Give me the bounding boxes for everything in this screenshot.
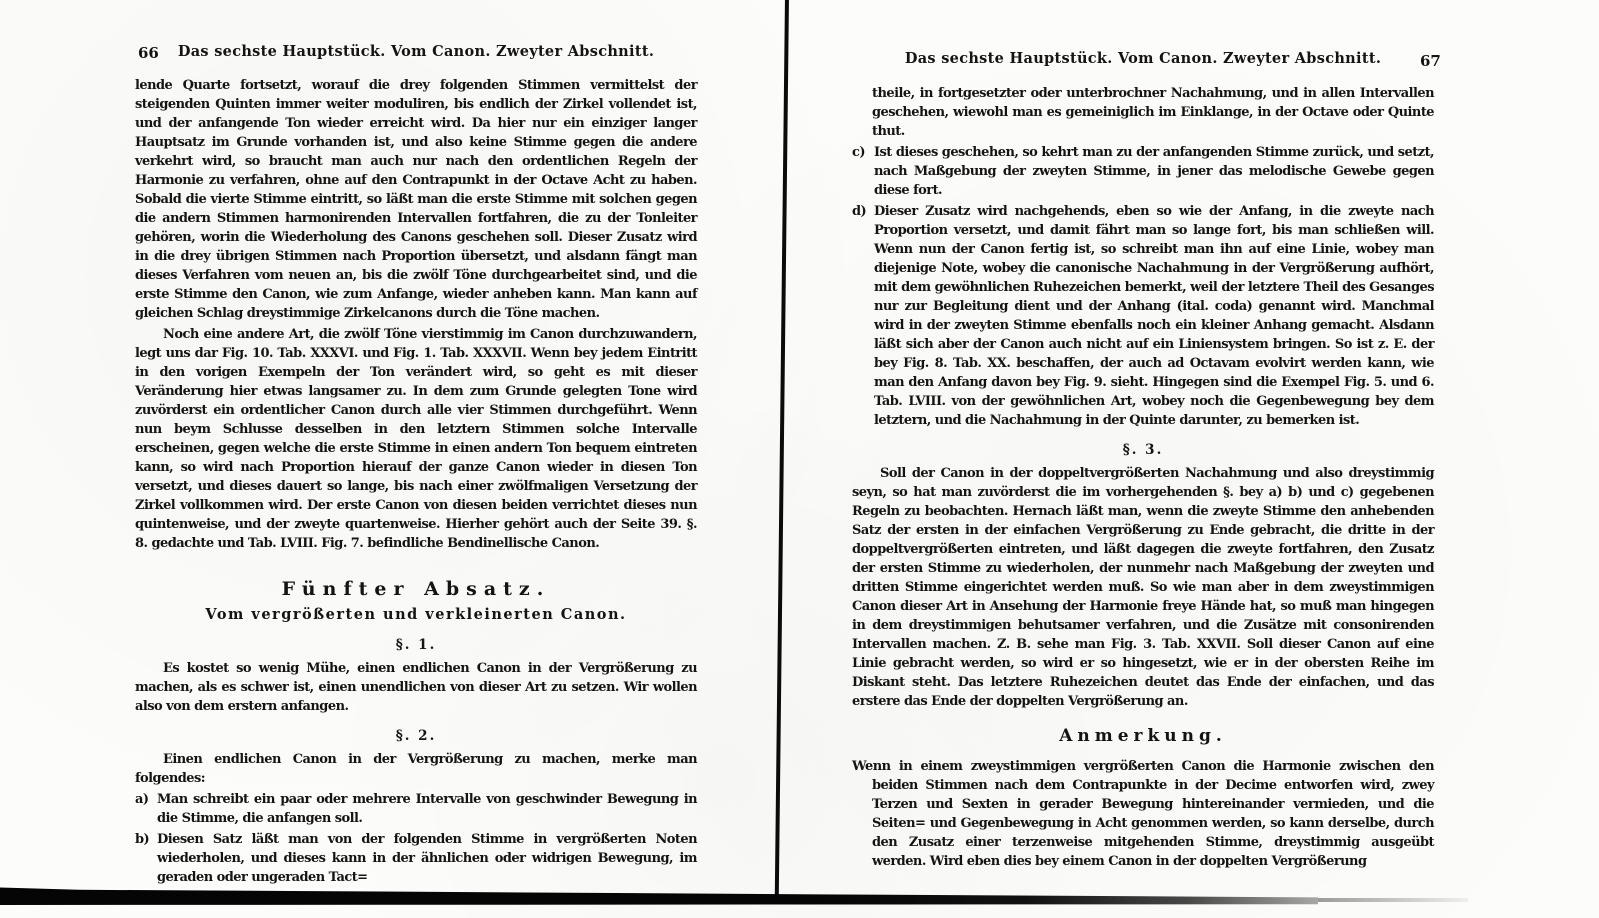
paragraph: Noch eine andere Art, die zwölf Töne vie… <box>135 325 697 553</box>
list-item: a) Man schreibt ein paar oder mehrere In… <box>135 790 697 828</box>
list-item: d) Dieser Zusatz wird nachgehends, eben … <box>852 202 1434 430</box>
list-item-marker: d) <box>852 202 874 430</box>
book-scan: 66 Das sechste Hauptstück. Vom Canon. Zw… <box>0 0 1599 918</box>
right-running-header: Das sechste Hauptstück. Vom Canon. Zweyt… <box>852 50 1434 67</box>
section-mark: §. 3. <box>852 441 1434 459</box>
section-subheading: Vom vergrößerten und verkleinerten Canon… <box>135 605 697 625</box>
section-mark: §. 2. <box>135 727 697 745</box>
list-item: b) Diesen Satz läßt man von der folgende… <box>135 830 697 887</box>
paragraph: Einen endlichen Canon in der Vergrößerun… <box>135 750 697 788</box>
paragraph: Es kostet so wenig Mühe, einen endlichen… <box>135 659 697 716</box>
right-page-text-column: theile, in fortgesetzter oder unterbroch… <box>852 84 1434 873</box>
list-item-text: Ist dieses geschehen, so kehrt man zu de… <box>874 143 1434 200</box>
scan-edge-bar-tail <box>1318 898 1468 902</box>
page-fold-line <box>775 0 789 898</box>
paragraph: lende Quarte fortsetzt, worauf die drey … <box>135 76 697 323</box>
list-item-marker: b) <box>135 830 157 887</box>
note-heading: Anmerkung. <box>852 725 1434 747</box>
paragraph: Soll der Canon in der doppeltvergrößerte… <box>852 464 1434 711</box>
section-mark: §. 1. <box>135 636 697 654</box>
section-heading: Fünfter Absatz. <box>135 577 697 601</box>
right-page-number: 67 <box>1420 52 1441 70</box>
list-item-marker: c) <box>852 143 874 200</box>
list-item-marker: a) <box>135 790 157 828</box>
list-item-text: Dieser Zusatz wird nachgehends, eben so … <box>874 202 1434 430</box>
paragraph: theile, in fortgesetzter oder unterbroch… <box>852 84 1434 141</box>
list-item-text: Man schreibt ein paar oder mehrere Inter… <box>157 790 697 828</box>
left-page-text-column: lende Quarte fortsetzt, worauf die drey … <box>135 76 697 889</box>
list-item: c) Ist dieses geschehen, so kehrt man zu… <box>852 143 1434 200</box>
list-item-text: Diesen Satz läßt man von der folgenden S… <box>157 830 697 887</box>
paragraph: Wenn in einem zweystimmigen vergrößerten… <box>852 757 1434 871</box>
left-running-header: Das sechste Hauptstück. Vom Canon. Zweyt… <box>135 43 697 60</box>
